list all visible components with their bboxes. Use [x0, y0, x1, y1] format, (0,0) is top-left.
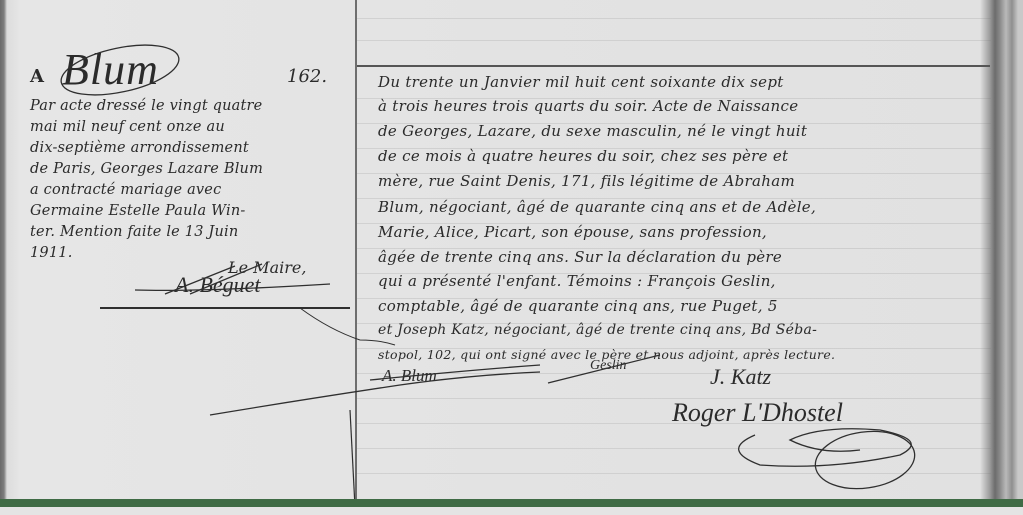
footer-bar — [0, 499, 1023, 507]
register-page: A Blum 162. Par acte dressé le vingt qua… — [0, 0, 1023, 507]
signature-flourishes — [0, 0, 1023, 507]
